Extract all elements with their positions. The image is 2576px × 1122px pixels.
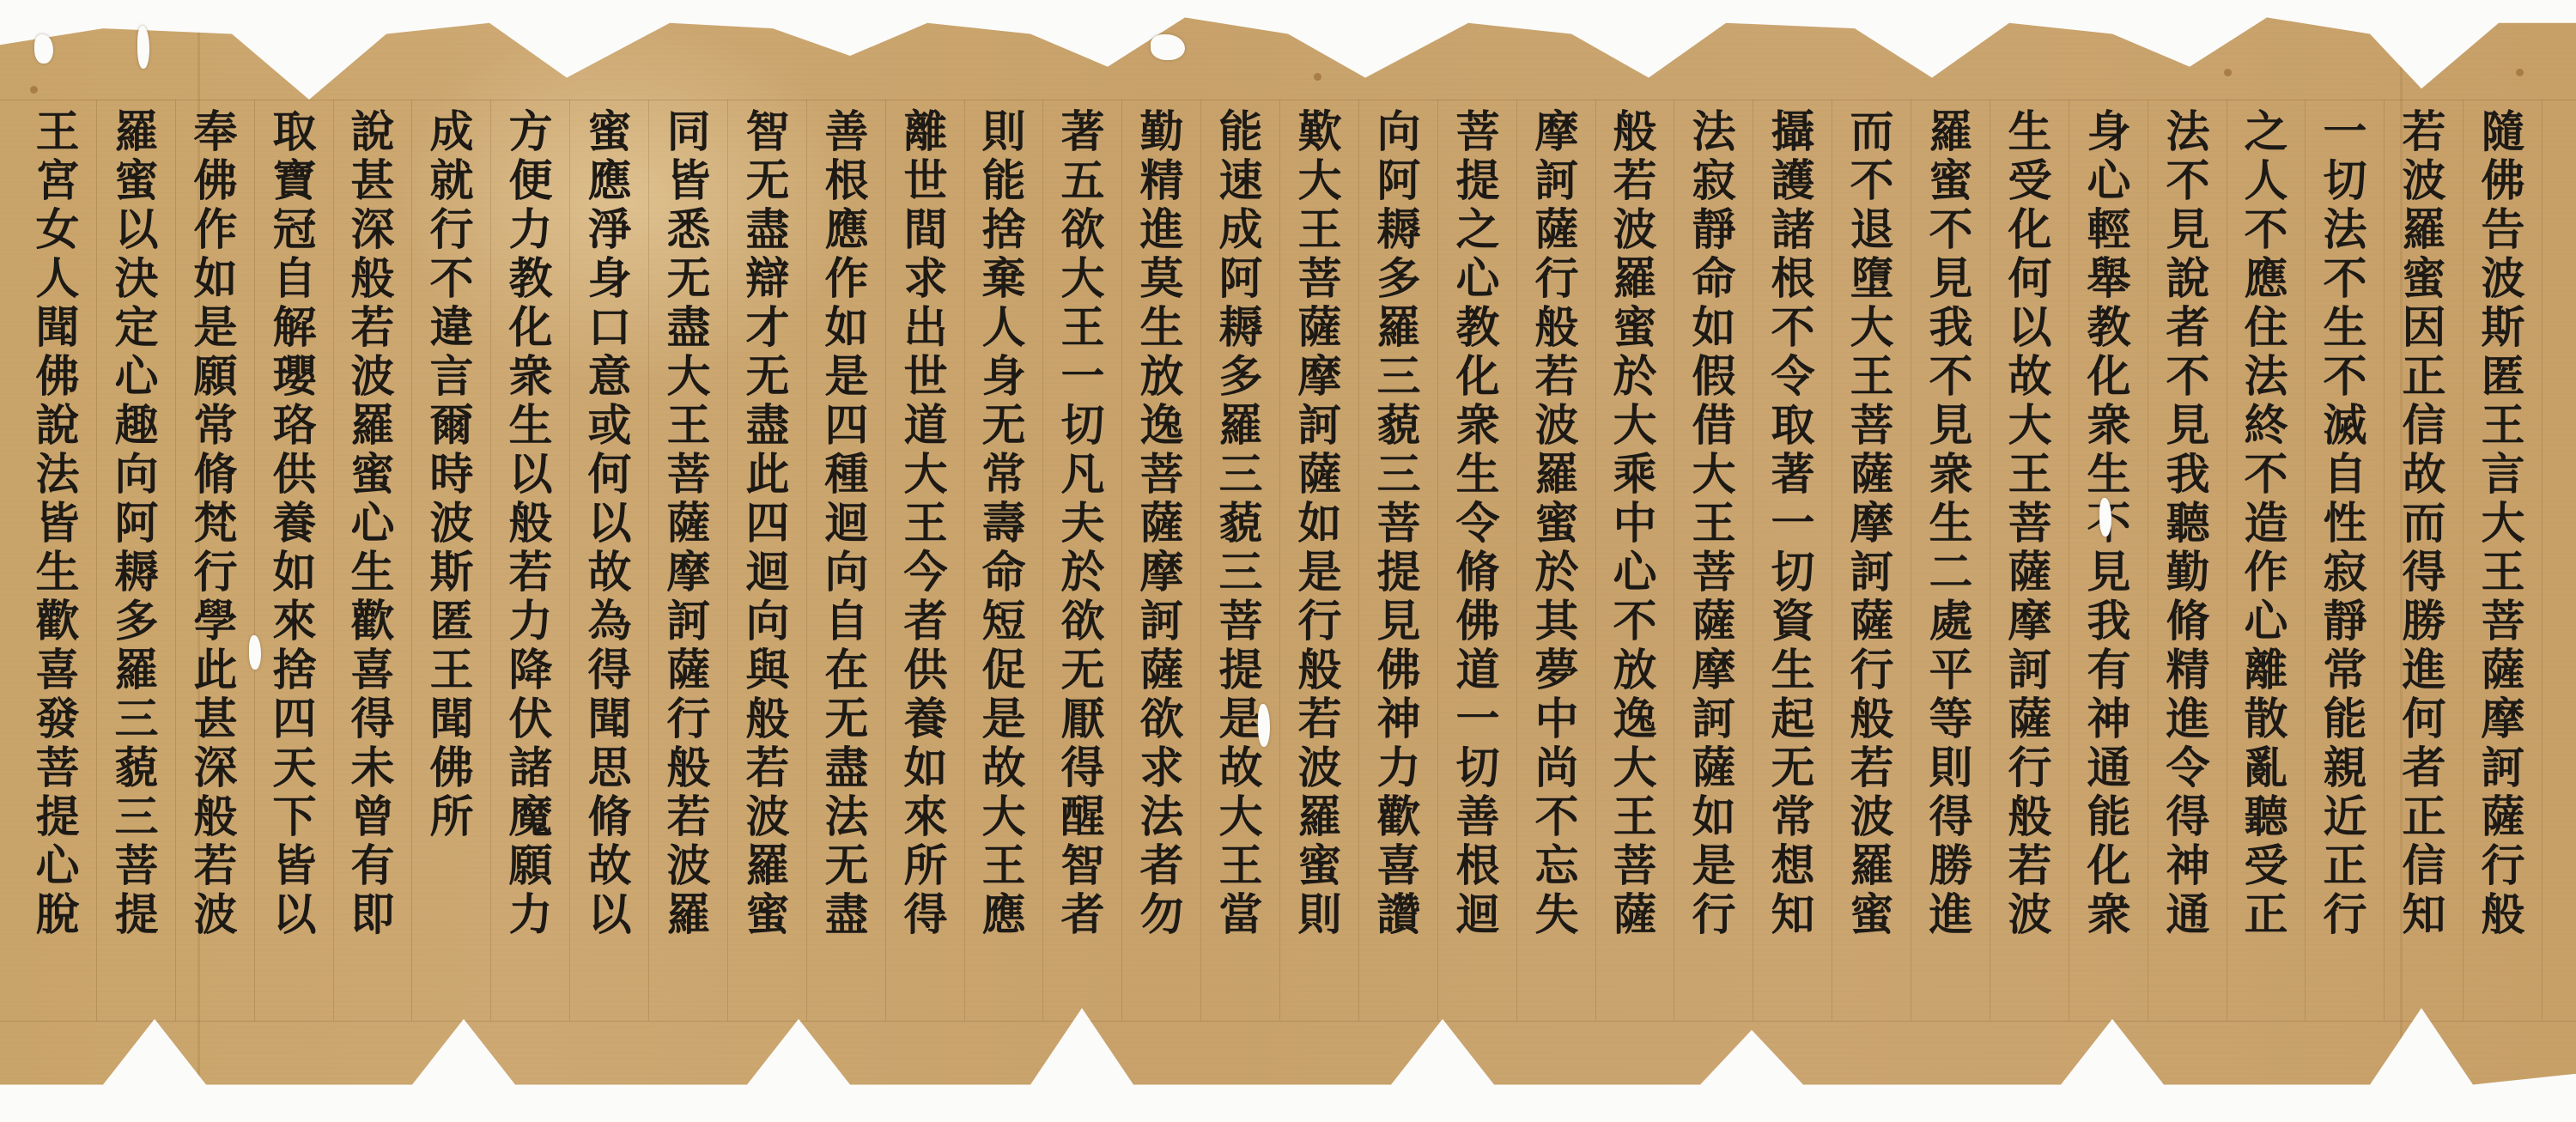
column-ruling-line: [1595, 100, 1596, 1021]
column-ruling-line: [175, 100, 176, 1021]
top-ruling-line: [0, 100, 2576, 100]
worm-hole: [34, 34, 53, 64]
text-column: 羅蜜以決定心趣向阿耨多羅三藐三菩提: [93, 108, 172, 1018]
text-column: 智无盡辯才无盡此四迴向與般若波羅蜜: [724, 108, 803, 1018]
column-ruling-line: [1279, 100, 1280, 1021]
text-column: 羅蜜不見我不見衆生二處平等則得勝進: [1907, 108, 1986, 1018]
text-column: 成就行不違言爾時波斯匿王聞佛所: [408, 108, 487, 1018]
text-column: 勤精進莫生放逸菩薩摩訶薩欲求法者勿: [1118, 108, 1197, 1018]
column-ruling-line: [2542, 100, 2543, 1021]
worm-hole: [1151, 34, 1185, 60]
text-column: 菩提之心教化衆生令脩佛道一切善根迴: [1434, 108, 1513, 1018]
column-ruling-line: [1911, 100, 1911, 1021]
text-column: 攝護諸根不令取著一切資生起无常想知: [1749, 108, 1828, 1018]
text-column: 取寶冠自解瓔珞供養如來捨四天下皆以: [251, 108, 330, 1018]
column-ruling-line: [96, 100, 97, 1021]
column-ruling-line: [333, 100, 334, 1021]
text-column: 般若波羅蜜於大乘中心不放逸大王菩薩: [1591, 108, 1670, 1018]
worm-hole: [249, 635, 261, 670]
text-column: 善根應作如是四種迴向自在无盡法无盡: [803, 108, 882, 1018]
text-column: 奉佛作如是願常脩梵行學此甚深般若波: [172, 108, 251, 1018]
column-ruling-line: [964, 100, 965, 1021]
paper-stain: [2224, 69, 2232, 76]
paper-stain: [2516, 69, 2524, 76]
column-ruling-line: [411, 100, 412, 1021]
column-ruling-line: [1200, 100, 1201, 1021]
text-column: 同皆悉无盡大王菩薩摩訶薩行般若波羅: [645, 108, 724, 1018]
text-column: 之人不應住法終不造作心離散亂聽受正: [2222, 108, 2301, 1018]
column-ruling-line: [1358, 100, 1359, 1021]
column-ruling-line: [885, 100, 886, 1021]
worm-hole: [1258, 704, 1270, 747]
text-column: 身心輕舉教化衆生不見我有神通能化衆: [2065, 108, 2144, 1018]
manuscript-scroll: 隨佛告波斯匿王言大王菩薩摩訶薩行般若波羅蜜因正信故而得勝進何者正信知一切法不生不…: [0, 12, 2576, 1107]
text-column: 法寂靜命如假借大王菩薩摩訶薩如是行: [1670, 108, 1749, 1018]
column-ruling-line: [569, 100, 570, 1021]
text-column: 向阿耨多羅三藐三菩提見佛神力歡喜讚: [1355, 108, 1434, 1018]
worm-hole: [137, 26, 149, 69]
column-ruling-line: [648, 100, 649, 1021]
text-column: 若波羅蜜因正信故而得勝進何者正信知: [2380, 108, 2459, 1018]
column-ruling-line: [1042, 100, 1043, 1021]
column-ruling-line: [1516, 100, 1517, 1021]
column-ruling-line: [1990, 100, 1990, 1021]
text-column: 生受化何以故大王菩薩摩訶薩行般若波: [1986, 108, 2065, 1018]
column-ruling-line: [1753, 100, 1753, 1021]
column-ruling-line: [1832, 100, 1832, 1021]
text-column: 王宮女人聞佛說法皆生歡喜發菩提心脫: [14, 108, 93, 1018]
column-ruling-line: [806, 100, 807, 1021]
column-ruling-line: [2069, 100, 2069, 1021]
column-ruling-line: [254, 100, 255, 1021]
column-ruling-line: [2463, 100, 2464, 1021]
column-ruling-line: [1437, 100, 1438, 1021]
text-column: 著五欲大王一切凡夫於欲无厭得醒智者: [1039, 108, 1118, 1018]
paper-stain: [30, 86, 38, 94]
column-ruling-line: [1674, 100, 1674, 1021]
bottom-ruling-line: [0, 1021, 2576, 1022]
text-column: 說甚深般若波羅蜜心生歡喜得未曾有即: [329, 108, 408, 1018]
text-column: 而不退墮大王菩薩摩訶薩行般若波羅蜜: [1828, 108, 1907, 1018]
text-column: 摩訶薩行般若波羅蜜於其夢中尚不忘失: [1513, 108, 1592, 1018]
text-column: 歎大王菩薩摩訶薩如是行般若波羅蜜則: [1276, 108, 1355, 1018]
text-column: 隨佛告波斯匿王言大王菩薩摩訶薩行般: [2459, 108, 2538, 1018]
text-column: 一切法不生不滅自性寂靜常能親近正行: [2301, 108, 2380, 1018]
text-column: 蜜應淨身口意或何以故為得聞思脩故以: [566, 108, 645, 1018]
column-ruling-line: [2227, 100, 2227, 1021]
text-column: 離世間求出世道大王今者供養如來所得: [882, 108, 961, 1018]
image-viewer: 隨佛告波斯匿王言大王菩薩摩訶薩行般若波羅蜜因正信故而得勝進何者正信知一切法不生不…: [0, 0, 2576, 1122]
text-column: 則能捨棄人身无常壽命短促是故大王應: [960, 108, 1039, 1018]
text-column: 法不見說者不見我聽勤脩精進令得神通: [2144, 108, 2223, 1018]
column-ruling-line: [727, 100, 728, 1021]
column-ruling-line: [2305, 100, 2306, 1021]
column-ruling-line: [2148, 100, 2148, 1021]
column-ruling-line: [490, 100, 491, 1021]
column-ruling-line: [1121, 100, 1122, 1021]
text-column: 方便力教化衆生以般若力降伏諸魔願力: [487, 108, 566, 1018]
paper-stain: [1314, 73, 1321, 81]
column-ruling-line: [2384, 100, 2385, 1021]
worm-hole: [2099, 498, 2111, 537]
text-column: 能速成阿耨多羅三藐三菩提是故大王當: [1197, 108, 1276, 1018]
